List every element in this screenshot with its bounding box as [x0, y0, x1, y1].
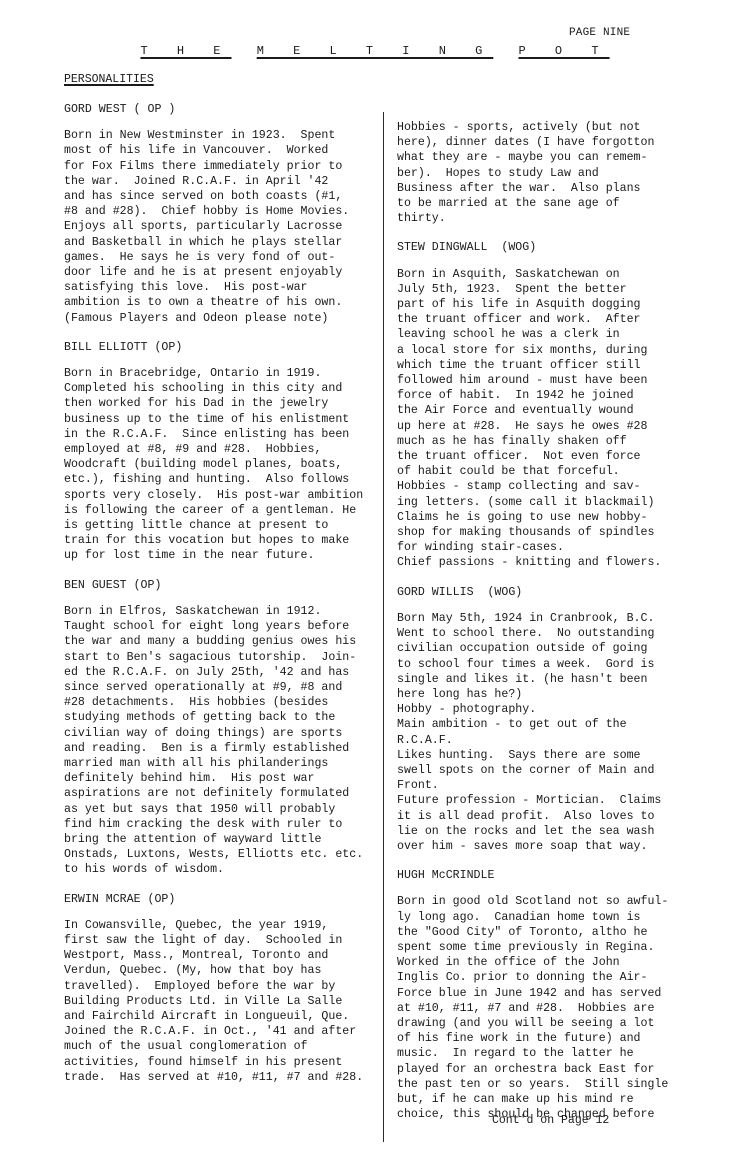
bio-line: ing letters. (some call it blackmail)	[397, 495, 717, 510]
bio-line: #8 and #28). Chief hobby is Home Movies.	[64, 204, 384, 219]
bio-line: thirty.	[397, 211, 717, 226]
bio-line: and reading. Ben is a firmly established	[64, 741, 384, 756]
bio-line: and Fairchild Aircraft in Longueuil, Que…	[64, 1009, 384, 1024]
bio-line: force of habit. In 1942 he joined	[397, 388, 717, 403]
bio-line: ambition is to own a theatre of his own.	[64, 295, 384, 310]
bio-line: the war and many a budding genius owes h…	[64, 634, 384, 649]
personality-entry: BILL ELLIOTT (OP)Born in Bracebridge, On…	[64, 340, 384, 564]
bio-line: and has since served on both coasts (#1,	[64, 189, 384, 204]
bio-line: Born in good old Scotland not so awful-	[397, 894, 717, 909]
bio-line: aspirations are not definitely formulate…	[64, 786, 384, 801]
bio-line: definitely behind him. His post war	[64, 771, 384, 786]
bio-line: the "Good City" of Toronto, altho he	[397, 925, 717, 940]
bio-line: Completed his schooling in this city and	[64, 381, 384, 396]
bio-line: swell spots on the corner of Main and	[397, 763, 717, 778]
bio-line: shop for making thousands of spindles	[397, 525, 717, 540]
bio-line: Front.	[397, 778, 717, 793]
bio-line: etc.), fishing and hunting. Also follows	[64, 472, 384, 487]
bio-line: of habit could be that forceful.	[397, 464, 717, 479]
column-divider	[383, 112, 384, 1142]
bio-line: Claims he is going to use new hobby-	[397, 510, 717, 525]
bio-line: the war. Joined R.C.A.F. in April '42	[64, 174, 384, 189]
bio-line: here long has he?)	[397, 687, 717, 702]
bio-line: is getting little chance at present to	[64, 518, 384, 533]
bio-line: is following the career of a gentleman. …	[64, 503, 384, 518]
bio-line: civilian occupation outside of going	[397, 641, 717, 656]
bio-line: find him cracking the desk with ruler to	[64, 817, 384, 832]
bio-line: to school four times a week. Gord is	[397, 657, 717, 672]
personality-entry: Hobbies - sports, actively (but nothere)…	[397, 120, 717, 226]
bio-line: for Fox Films there immediately prior to	[64, 159, 384, 174]
personality-entry: GORD WILLIS (WOG)Born May 5th, 1924 in C…	[397, 585, 717, 854]
bio-line: single and likes it. (he hasn't been	[397, 672, 717, 687]
bio-line: Born in Asquith, Saskatchewan on	[397, 267, 717, 282]
bio-line: Born in New Westminster in 1923. Spent	[64, 128, 384, 143]
bio-line: In Cowansville, Quebec, the year 1919,	[64, 918, 384, 933]
bio-line: a local store for six months, during	[397, 343, 717, 358]
personality-name: GORD WILLIS (WOG)	[397, 585, 717, 600]
bio-line: and Basketball in which he plays stellar	[64, 235, 384, 250]
bio-line: part of his life in Asquith dogging	[397, 297, 717, 312]
personality-name: BEN GUEST (OP)	[64, 578, 384, 593]
bio-line: Hobbies - stamp collecting and sav-	[397, 479, 717, 494]
bio-line: Chief passions - knitting and flowers.	[397, 555, 717, 570]
title-word: M E L T I N G	[257, 44, 494, 58]
bio-line: to his words of wisdom.	[64, 862, 384, 877]
bio-line: business up to the time of his enlistmen…	[64, 412, 384, 427]
personality-bio: Hobbies - sports, actively (but nothere)…	[397, 120, 717, 226]
bio-line: but, if he can make up his mind re	[397, 1092, 717, 1107]
bio-line: lie on the rocks and let the sea wash	[397, 824, 717, 839]
personality-entry: HUGH McCRINDLEBorn in good old Scotland …	[397, 868, 717, 1122]
bio-line: the past ten or so years. Still single	[397, 1077, 717, 1092]
bio-line: Main ambition - to get out of the	[397, 717, 717, 732]
personality-bio: Born in Asquith, Saskatchewan onJuly 5th…	[397, 267, 717, 571]
bio-line: at #10, #11, #7 and #28. Hobbies are	[397, 1001, 717, 1016]
bio-line: which time the truant officer still	[397, 358, 717, 373]
bio-line: of his fine work in the future) and	[397, 1031, 717, 1046]
bio-line: up for lost time in the near future.	[64, 548, 384, 563]
personality-name: HUGH McCRINDLE	[397, 868, 717, 883]
bio-line: Verdun, Quebec. (My, how that boy has	[64, 963, 384, 978]
personality-bio: Born in New Westminster in 1923. Spentmo…	[64, 128, 384, 326]
bio-line: satisfying this love. His post-war	[64, 280, 384, 295]
bio-line: most of his life in Vancouver. Worked	[64, 143, 384, 158]
bio-line: bring the attention of wayward little	[64, 832, 384, 847]
bio-line: married man with all his philanderings	[64, 756, 384, 771]
bio-line: here), dinner dates (I have forgotton	[397, 135, 717, 150]
bio-line: trade. Has served at #10, #11, #7 and #2…	[64, 1070, 384, 1085]
section-heading: PERSONALITIES	[64, 72, 154, 87]
bio-line: Born May 5th, 1924 in Cranbrook, B.C.	[397, 611, 717, 626]
bio-line: as yet but says that 1950 will probably	[64, 802, 384, 817]
bio-line: R.C.A.F.	[397, 733, 717, 748]
bio-line: it is all dead profit. Also loves to	[397, 809, 717, 824]
bio-line: train for this vocation but hopes to mak…	[64, 533, 384, 548]
personality-bio: Born in good old Scotland not so awful-l…	[397, 894, 717, 1122]
continuation-note: Cont'd on Page 12	[492, 1113, 609, 1128]
personality-entry: BEN GUEST (OP)Born in Elfros, Saskatchew…	[64, 578, 384, 878]
bio-line: what they are - maybe you can remem-	[397, 150, 717, 165]
bio-line: Onstads, Luxtons, Wests, Elliotts etc. e…	[64, 847, 384, 862]
bio-line: #28 detachments. His hobbies (besides	[64, 695, 384, 710]
bio-line: activities, found himself in his present	[64, 1055, 384, 1070]
bio-line: first saw the light of day. Schooled in	[64, 933, 384, 948]
bio-line: games. He says he is very fond of out-	[64, 250, 384, 265]
bio-line: in the R.C.A.F. Since enlisting has been	[64, 427, 384, 442]
bio-line: spent some time previously in Regina.	[397, 940, 717, 955]
bio-line: July 5th, 1923. Spent the better	[397, 282, 717, 297]
bio-line: Woodcraft (building model planes, boats,	[64, 457, 384, 472]
bio-line: Went to school there. No outstanding	[397, 626, 717, 641]
bio-line: Hobby - photography.	[397, 702, 717, 717]
bio-line: Likes hunting. Says there are some	[397, 748, 717, 763]
bio-line: Joined the R.C.A.F. in Oct., '41 and aft…	[64, 1024, 384, 1039]
bio-line: Force blue in June 1942 and has served	[397, 986, 717, 1001]
bio-line: Worked in the office of the John	[397, 955, 717, 970]
bio-line: ed the R.C.A.F. on July 25th, '42 and ha…	[64, 665, 384, 680]
bio-line: Born in Bracebridge, Ontario in 1919.	[64, 366, 384, 381]
personality-name: ERWIN MCRAE (OP)	[64, 892, 384, 907]
bio-line: Taught school for eight long years befor…	[64, 619, 384, 634]
personality-name: STEW DINGWALL (WOG)	[397, 240, 717, 255]
bio-line: Business after the war. Also plans	[397, 181, 717, 196]
bio-line: studying methods of getting back to the	[64, 710, 384, 725]
personality-entry: STEW DINGWALL (WOG)Born in Asquith, Sask…	[397, 240, 717, 570]
bio-line: Born in Elfros, Saskatchewan in 1912.	[64, 604, 384, 619]
bio-line: music. In regard to the latter he	[397, 1046, 717, 1061]
title-word: P O T	[519, 44, 610, 58]
bio-line: the truant officer and work. After	[397, 312, 717, 327]
bio-line: drawing (and you will be seeing a lot	[397, 1016, 717, 1031]
personality-bio: Born May 5th, 1924 in Cranbrook, B.C.Wen…	[397, 611, 717, 854]
bio-line: ber). Hopes to study Law and	[397, 166, 717, 181]
page-title: T H E M E L T I N G P O T	[0, 44, 750, 59]
left-column: GORD WEST ( OP )Born in New Westminster …	[64, 102, 384, 1099]
personality-bio: In Cowansville, Quebec, the year 1919,fi…	[64, 918, 384, 1085]
bio-line: to be married at the sane age of	[397, 196, 717, 211]
bio-line: travelled). Employed before the war by	[64, 979, 384, 994]
bio-line: Building Products Ltd. in Ville La Salle	[64, 994, 384, 1009]
bio-line: Hobbies - sports, actively (but not	[397, 120, 717, 135]
bio-line: followed him around - must have been	[397, 373, 717, 388]
personality-name: GORD WEST ( OP )	[64, 102, 384, 117]
bio-line: much as he has finally shaken off	[397, 434, 717, 449]
bio-line: played for an orchestra back East for	[397, 1062, 717, 1077]
bio-line: door life and he is at present enjoyably	[64, 265, 384, 280]
bio-line: (Famous Players and Odeon please note)	[64, 311, 384, 326]
bio-line: sports very closely. His post-war ambiti…	[64, 488, 384, 503]
right-column: Hobbies - sports, actively (but nothere)…	[397, 120, 717, 1136]
bio-line: the truant officer. Not even force	[397, 449, 717, 464]
bio-line: over him - saves more soap that way.	[397, 839, 717, 854]
personality-bio: Born in Bracebridge, Ontario in 1919.Com…	[64, 366, 384, 564]
bio-line: the Air Force and eventually wound	[397, 403, 717, 418]
bio-line: for winding stair-cases.	[397, 540, 717, 555]
bio-line: up here at #28. He says he owes #28	[397, 419, 717, 434]
bio-line: ly long ago. Canadian home town is	[397, 910, 717, 925]
bio-line: employed at #8, #9 and #28. Hobbies,	[64, 442, 384, 457]
bio-line: since served operationally at #9, #8 and	[64, 680, 384, 695]
bio-line: much of the usual conglomeration of	[64, 1039, 384, 1054]
title-word: T H E	[140, 44, 231, 58]
personality-name: BILL ELLIOTT (OP)	[64, 340, 384, 355]
bio-line: Inglis Co. prior to donning the Air-	[397, 970, 717, 985]
bio-line: Westport, Mass., Montreal, Toronto and	[64, 948, 384, 963]
personality-bio: Born in Elfros, Saskatchewan in 1912.Tau…	[64, 604, 384, 878]
personality-entry: GORD WEST ( OP )Born in New Westminster …	[64, 102, 384, 326]
bio-line: then worked for his Dad in the jewelry	[64, 396, 384, 411]
bio-line: start to Ben's sagacious tutorship. Join…	[64, 650, 384, 665]
bio-line: Future profession - Mortician. Claims	[397, 793, 717, 808]
bio-line: leaving school he was a clerk in	[397, 327, 717, 342]
bio-line: civilian way of doing things) are sports	[64, 726, 384, 741]
personality-entry: ERWIN MCRAE (OP)In Cowansville, Quebec, …	[64, 892, 384, 1085]
page-number: PAGE NINE	[569, 26, 630, 41]
bio-line: Enjoys all sports, particularly Lacrosse	[64, 219, 384, 234]
